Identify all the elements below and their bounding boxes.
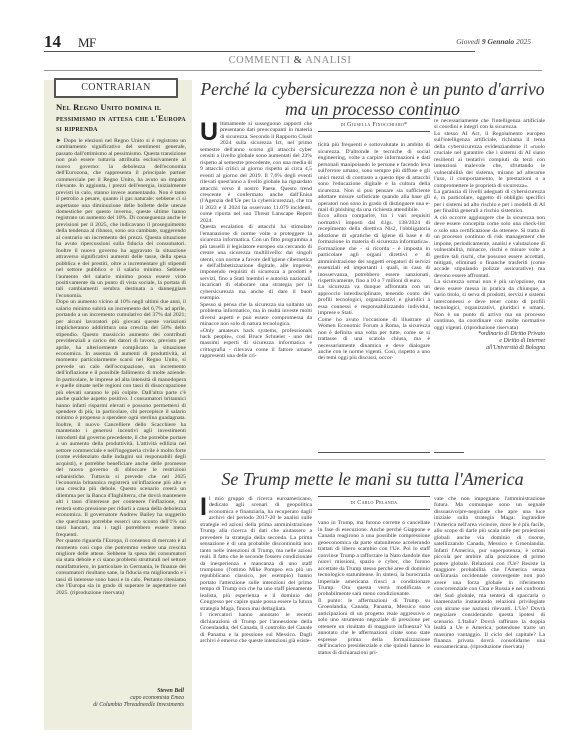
section-title: COMMENTI & ANALISI bbox=[0, 55, 580, 66]
page-number: 14 bbox=[44, 34, 61, 50]
sidebar-paragraph: Per quanto riguarda l'Europa, il consens… bbox=[56, 538, 186, 596]
article2-col3: vate che non impegnano l'amministrazione… bbox=[434, 496, 545, 651]
article1-col2: di Giusella Finocchiaro* ticità più freq… bbox=[318, 118, 430, 362]
note-line: all'Università di Bologna bbox=[434, 345, 545, 352]
article2-dropcap: I bbox=[200, 497, 207, 517]
article2-byline: di Carlo Pelanda bbox=[318, 496, 430, 510]
column-end-rule bbox=[318, 452, 430, 453]
article2-paragraph: I ricercatori hanno annotato le recenti … bbox=[200, 612, 312, 644]
article1-paragraph: ticità più frequenti e sottovalutate in … bbox=[318, 142, 430, 213]
sidebar-headline: Nel Regno Unito domina il pessimismo in … bbox=[56, 102, 188, 134]
sidebar-author: Steven Bell bbox=[157, 688, 184, 694]
sidebar-paragraph: ► Dopo le elezioni nel Regno Unito si è … bbox=[56, 138, 186, 299]
article1-dropcap: U bbox=[200, 122, 218, 142]
article1-paragraph: Spesso si pensa che la sicurezza sia sol… bbox=[200, 302, 312, 328]
section-divider bbox=[44, 70, 542, 71]
article1-byline: di Giusella Finocchiaro* bbox=[318, 118, 430, 132]
article1-paragraph: Come ho avuto l'occasione di illustrare … bbox=[318, 317, 430, 362]
section-right: ANALISI bbox=[305, 55, 351, 66]
article2-paragraph: Il punto: le affermazioni di Trump su Gr… bbox=[318, 598, 430, 656]
article1-paragraph: La garanzia di livelli adeguati di cyber… bbox=[434, 189, 545, 215]
article2-col2: di Carlo Pelanda vano in Trump, ma furon… bbox=[318, 496, 430, 656]
contrarian-label: CONTRARIAN bbox=[54, 78, 178, 98]
section-left: COMMENTI bbox=[229, 55, 291, 66]
article2-paragraph: vano in Trump, ma furono corrette o canc… bbox=[318, 520, 430, 597]
article1-paragraph: La sicurezza va dunque affrontata con un… bbox=[318, 284, 430, 316]
article2-col1: I l mio gruppo di ricerca euroamericano,… bbox=[200, 496, 312, 644]
article2-paragraph: vate che non impegnano l'amministrazione… bbox=[434, 496, 545, 651]
article1-paragraph: A ciò occorre aggiungere che la sicurezz… bbox=[434, 215, 545, 280]
article1-paragraph: re necessariamente che l'intelligenza ar… bbox=[434, 118, 545, 131]
sidebar-author-role: capo economista Emea bbox=[44, 695, 184, 702]
article1-paragraph: «Only amateurs hack systems, professiona… bbox=[200, 328, 312, 360]
column-end-rule bbox=[434, 452, 464, 453]
page-header: 14 MF Giovedì 9 Gennaio 2025 bbox=[44, 34, 474, 50]
issue-date: Giovedì 9 Gennaio 2025 bbox=[456, 37, 531, 46]
article-divider bbox=[200, 459, 545, 460]
article1-col3: re necessariamente che l'intelligenza ar… bbox=[434, 118, 545, 351]
article1-paragraph: Lo stesso AI Act, il Regolamento europeo… bbox=[434, 131, 545, 189]
article1-col1: U ltimamente si susseguono rapporti che … bbox=[200, 121, 312, 360]
note-line: e Diritto di Internet bbox=[434, 338, 545, 345]
date-year: 2025 bbox=[516, 37, 531, 46]
sidebar-body: ► Dopo le elezioni nel Regno Unito si è … bbox=[56, 138, 186, 596]
brand-logo: MF bbox=[78, 35, 96, 50]
article2-paragraph: l mio gruppo di ricerca euroamericano, d… bbox=[200, 496, 312, 612]
article1-paragraph: La sicurezza ormai non è più un'opzione,… bbox=[434, 279, 545, 331]
sidebar-signature: Steven Bell capo economista Emea di Colu… bbox=[44, 688, 184, 709]
article1-paragraph: Ecco allora comparire, tra i vari requis… bbox=[318, 213, 430, 284]
article2-headline: Se Trump mette le mani su tutta l'Americ… bbox=[200, 468, 545, 490]
contrarian-sidebar: CONTRARIAN Nel Regno Unito domina il pes… bbox=[44, 80, 192, 730]
date-weekday: Giovedì bbox=[456, 37, 480, 46]
sidebar-paragraph: Dopo un aumento vicino al 10% negli ulti… bbox=[56, 299, 186, 538]
note-line: *ordinario di Diritto Privato bbox=[434, 331, 545, 338]
section-amp: & bbox=[294, 55, 303, 66]
article1-paragraph: Questa escalation di attacchi ha stimola… bbox=[200, 224, 312, 301]
article1-author-note: *ordinario di Diritto Privato e Diritto … bbox=[434, 331, 545, 351]
article1-headline: Perché la cybersicurezza non è un punto … bbox=[200, 79, 545, 119]
date-day-month: 9 Gennaio bbox=[482, 37, 514, 46]
sidebar-author-org: di Columbia Threadneedle Investments bbox=[44, 702, 184, 709]
header-divider bbox=[44, 51, 475, 52]
